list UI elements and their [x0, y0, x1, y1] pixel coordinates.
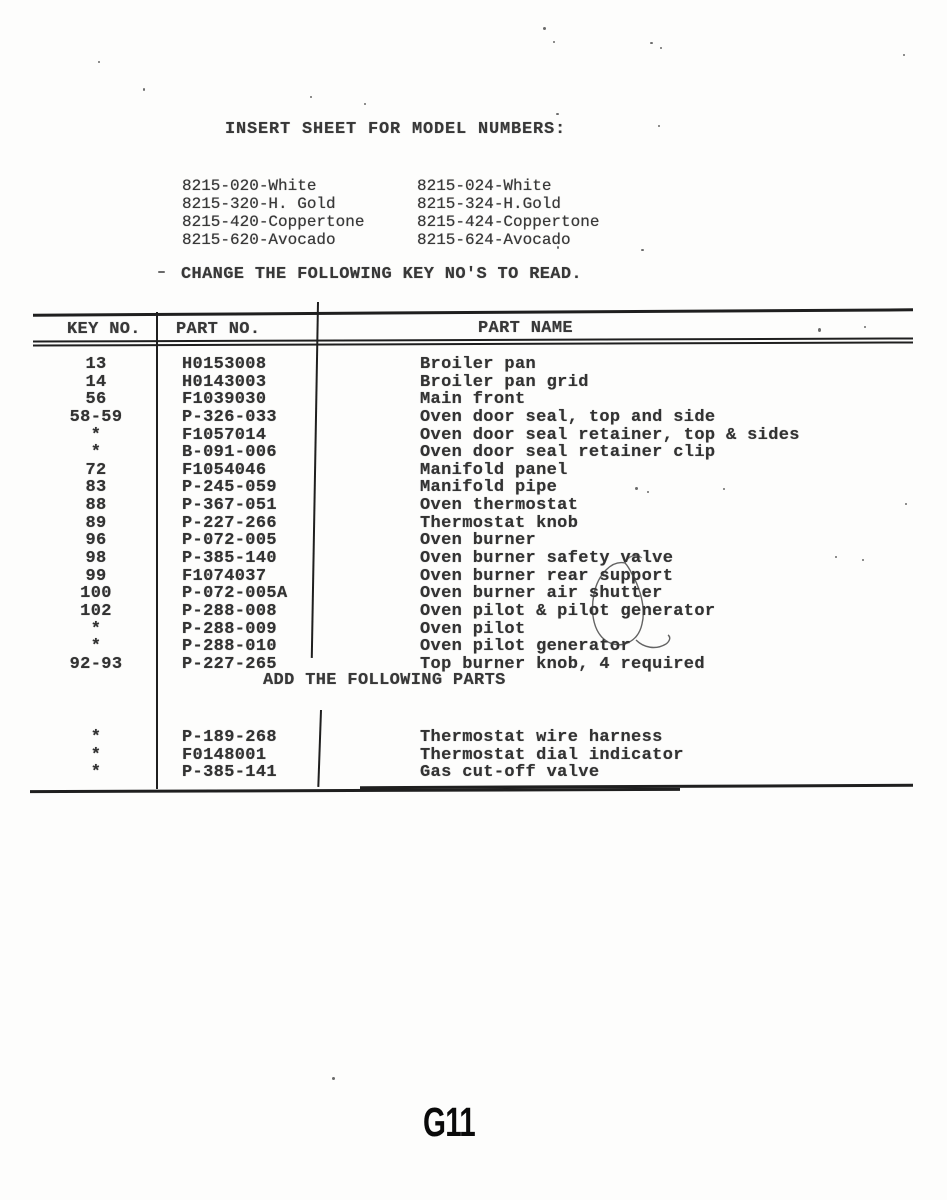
part-name-cell: Oven burner safety valve	[420, 550, 673, 567]
table-row: 58-59P-326-033Oven door seal, top and si…	[0, 409, 947, 427]
scan-speck	[543, 27, 546, 30]
table-row: 96P-072-005Oven burner	[0, 532, 947, 550]
scan-speck	[864, 326, 866, 328]
key-no-cell: *	[40, 638, 152, 655]
table-row: 56F1039030Main front	[0, 391, 947, 409]
part-no-cell: P-245-059	[182, 479, 277, 496]
page-number: G11	[423, 1102, 475, 1143]
model-row: 8215-320-H. Gold 8215-324-H.Gold	[182, 195, 782, 213]
part-name-cell: Oven burner	[420, 532, 536, 549]
scan-speck	[818, 328, 821, 332]
header-part-no: PART NO.	[176, 321, 260, 338]
part-name-cell: Oven burner rear support	[420, 568, 673, 585]
scan-speck	[905, 503, 907, 505]
scan-speck	[98, 61, 100, 63]
page-title: INSERT SHEET FOR MODEL NUMBERS:	[225, 121, 566, 138]
part-name-cell: Manifold panel	[420, 462, 568, 479]
parts-table-body: 13H0153008Broiler pan 14H0143003Broiler …	[0, 356, 947, 674]
scan-speck	[557, 246, 559, 249]
key-no-cell: 98	[40, 550, 152, 567]
part-no-cell: F1054046	[182, 462, 266, 479]
scan-speck	[660, 47, 662, 49]
table-row: *P-189-268Thermostat wire harness	[0, 729, 947, 747]
part-no-cell: P-385-140	[182, 550, 277, 567]
scan-speck	[332, 1077, 335, 1080]
table-bottom-border	[30, 788, 680, 793]
part-no-cell: F1039030	[182, 391, 266, 408]
part-name-cell: Thermostat wire harness	[420, 729, 663, 746]
key-no-cell: 72	[40, 462, 152, 479]
part-no-cell: P-072-005A	[182, 585, 288, 602]
table-row: *P-288-010Oven pilot generator	[0, 638, 947, 656]
model-number: 8215-320-H. Gold	[182, 195, 336, 213]
part-no-cell: P-288-009	[182, 621, 277, 638]
model-number: 8215-420-Coppertone	[182, 213, 364, 231]
part-name-cell: Oven door seal retainer, top & sides	[420, 427, 800, 444]
table-row: *B-091-006Oven door seal retainer clip	[0, 444, 947, 462]
key-no-cell: 14	[40, 374, 152, 391]
key-no-cell: 99	[40, 568, 152, 585]
table-row: 100P-072-005AOven burner air shutter	[0, 585, 947, 603]
part-no-cell: H0153008	[182, 356, 266, 373]
part-no-cell: P-072-005	[182, 532, 277, 549]
scan-speck	[553, 41, 555, 43]
scan-speck	[310, 96, 312, 98]
key-no-cell: *	[40, 444, 152, 461]
part-name-cell: Oven burner air shutter	[420, 585, 663, 602]
scan-speck	[650, 42, 653, 44]
table-row: *F0148001Thermostat dial indicator	[0, 747, 947, 765]
model-row: 8215-020-White 8215-024-White	[182, 177, 782, 195]
scan-speck	[364, 103, 366, 105]
part-no-cell: P-288-008	[182, 603, 277, 620]
model-number: 8215-624-Avocado	[417, 231, 571, 249]
part-no-cell: P-385-141	[182, 764, 277, 781]
key-no-cell: 92-93	[40, 656, 152, 673]
scan-speck	[658, 125, 660, 127]
part-no-cell: P-189-268	[182, 729, 277, 746]
table-row: *P-288-009Oven pilot	[0, 621, 947, 639]
model-number: 8215-024-White	[417, 177, 551, 195]
part-name-cell: Oven pilot	[420, 621, 526, 638]
part-no-cell: P-326-033	[182, 409, 277, 426]
part-no-cell: P-227-266	[182, 515, 277, 532]
key-no-cell: 83	[40, 479, 152, 496]
scanned-page: INSERT SHEET FOR MODEL NUMBERS: 8215-020…	[0, 0, 947, 1200]
model-number: 8215-424-Coppertone	[417, 213, 599, 231]
scan-speck	[635, 487, 638, 490]
part-name-cell: Broiler pan grid	[420, 374, 589, 391]
table-row: 72F1054046Manifold panel	[0, 462, 947, 480]
key-no-cell: 100	[40, 585, 152, 602]
scan-speck	[835, 556, 837, 558]
scan-speck	[158, 271, 165, 273]
model-row: 8215-620-Avocado 8215-624-Avocado	[182, 231, 782, 249]
part-no-cell: B-091-006	[182, 444, 277, 461]
key-no-cell: 58-59	[40, 409, 152, 426]
model-number: 8215-620-Avocado	[182, 231, 336, 249]
header-part-name: PART NAME	[478, 320, 573, 337]
part-name-cell: Main front	[420, 391, 526, 408]
key-no-cell: *	[40, 729, 152, 746]
scan-speck	[723, 488, 725, 490]
table-row: 13H0153008Broiler pan	[0, 356, 947, 374]
scan-speck	[862, 559, 864, 561]
model-number: 8215-020-White	[182, 177, 316, 195]
part-name-cell: Oven pilot generator	[420, 638, 631, 655]
model-number: 8215-324-H.Gold	[417, 195, 561, 213]
part-name-cell: Gas cut-off valve	[420, 764, 599, 781]
scan-speck	[143, 88, 145, 91]
table-row: 14H0143003Broiler pan grid	[0, 374, 947, 392]
table-row: *P-385-141Gas cut-off valve	[0, 764, 947, 782]
key-no-cell: 88	[40, 497, 152, 514]
add-parts-heading: ADD THE FOLLOWING PARTS	[263, 672, 506, 689]
table-row: 98P-385-140Oven burner safety valve	[0, 550, 947, 568]
part-name-cell: Oven thermostat	[420, 497, 578, 514]
part-name-cell: Thermostat dial indicator	[420, 747, 684, 764]
table-top-border	[33, 308, 913, 316]
table-row: 88P-367-051Oven thermostat	[0, 497, 947, 515]
key-no-cell: *	[40, 427, 152, 444]
model-row: 8215-420-Coppertone 8215-424-Coppertone	[182, 213, 782, 231]
part-name-cell: Oven pilot & pilot generator	[420, 603, 715, 620]
scan-speck	[641, 249, 644, 251]
key-no-cell: 96	[40, 532, 152, 549]
part-no-cell: F0148001	[182, 747, 266, 764]
key-no-cell: *	[40, 764, 152, 781]
key-no-cell: 89	[40, 515, 152, 532]
table-row: 99F1074037Oven burner rear support	[0, 568, 947, 586]
part-name-cell: Oven door seal, top and side	[420, 409, 715, 426]
part-name-cell: Manifold pipe	[420, 479, 557, 496]
key-no-cell: *	[40, 621, 152, 638]
header-key-no: KEY NO.	[67, 321, 141, 338]
part-name-cell: Thermostat knob	[420, 515, 578, 532]
key-no-cell: 56	[40, 391, 152, 408]
part-no-cell: F1074037	[182, 568, 266, 585]
key-no-cell: 102	[40, 603, 152, 620]
change-note: CHANGE THE FOLLOWING KEY NO'S TO READ.	[181, 266, 582, 283]
table-row: 102P-288-008Oven pilot & pilot generator	[0, 603, 947, 621]
part-name-cell: Oven door seal retainer clip	[420, 444, 715, 461]
part-no-cell: P-367-051	[182, 497, 277, 514]
scan-speck	[647, 491, 649, 493]
scan-speck	[556, 113, 559, 115]
part-no-cell: H0143003	[182, 374, 266, 391]
table-row: 89P-227-266Thermostat knob	[0, 515, 947, 533]
table-row: *F1057014Oven door seal retainer, top & …	[0, 427, 947, 445]
part-name-cell: Broiler pan	[420, 356, 536, 373]
key-no-cell: 13	[40, 356, 152, 373]
key-no-cell: *	[40, 747, 152, 764]
table-row: 83P-245-059Manifold pipe	[0, 479, 947, 497]
added-parts-body: *P-189-268Thermostat wire harness *F0148…	[0, 729, 947, 782]
part-no-cell: F1057014	[182, 427, 266, 444]
part-no-cell: P-288-010	[182, 638, 277, 655]
scan-speck	[903, 54, 905, 56]
